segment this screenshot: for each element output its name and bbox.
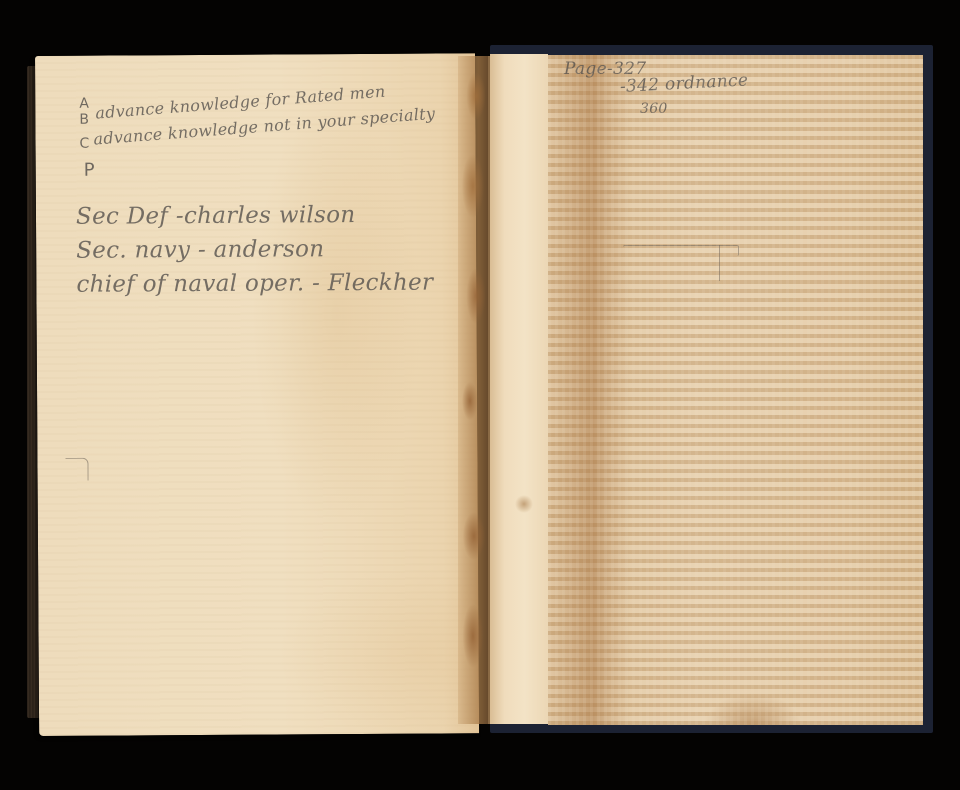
official-title: Sec Def (76, 203, 168, 230)
right-page: Page-327 -342 ordnance 360 (548, 55, 923, 725)
official-sec-def: Sec Def -charles wilson (76, 202, 356, 230)
gutter-water-stain (458, 56, 492, 724)
official-separator: - (176, 203, 184, 229)
official-separator: - (198, 237, 206, 263)
official-name: Fleckher (328, 270, 434, 297)
left-page: A B C P advance knowledge for Rated men … (35, 53, 479, 736)
official-cno: chief of naval oper. - Fleckher (76, 270, 433, 298)
official-title: Sec. navy (76, 237, 190, 264)
list-letter-a: A (79, 96, 89, 112)
pencil-scribble-stroke (718, 245, 720, 281)
official-separator: - (312, 270, 320, 296)
page-reference-360: 360 (640, 101, 668, 117)
official-sec-navy: Sec. navy - anderson (76, 236, 324, 264)
endpaper-strip (490, 54, 548, 724)
list-letter-c: C (79, 136, 89, 152)
official-title: chief of naval oper. (76, 270, 304, 297)
list-letter-p: P (84, 160, 95, 181)
official-name: charles wilson (184, 202, 356, 229)
pencil-mark (65, 458, 88, 481)
official-name: anderson (214, 236, 325, 263)
pencil-scribble (623, 245, 739, 256)
list-letter-b: B (79, 112, 89, 128)
